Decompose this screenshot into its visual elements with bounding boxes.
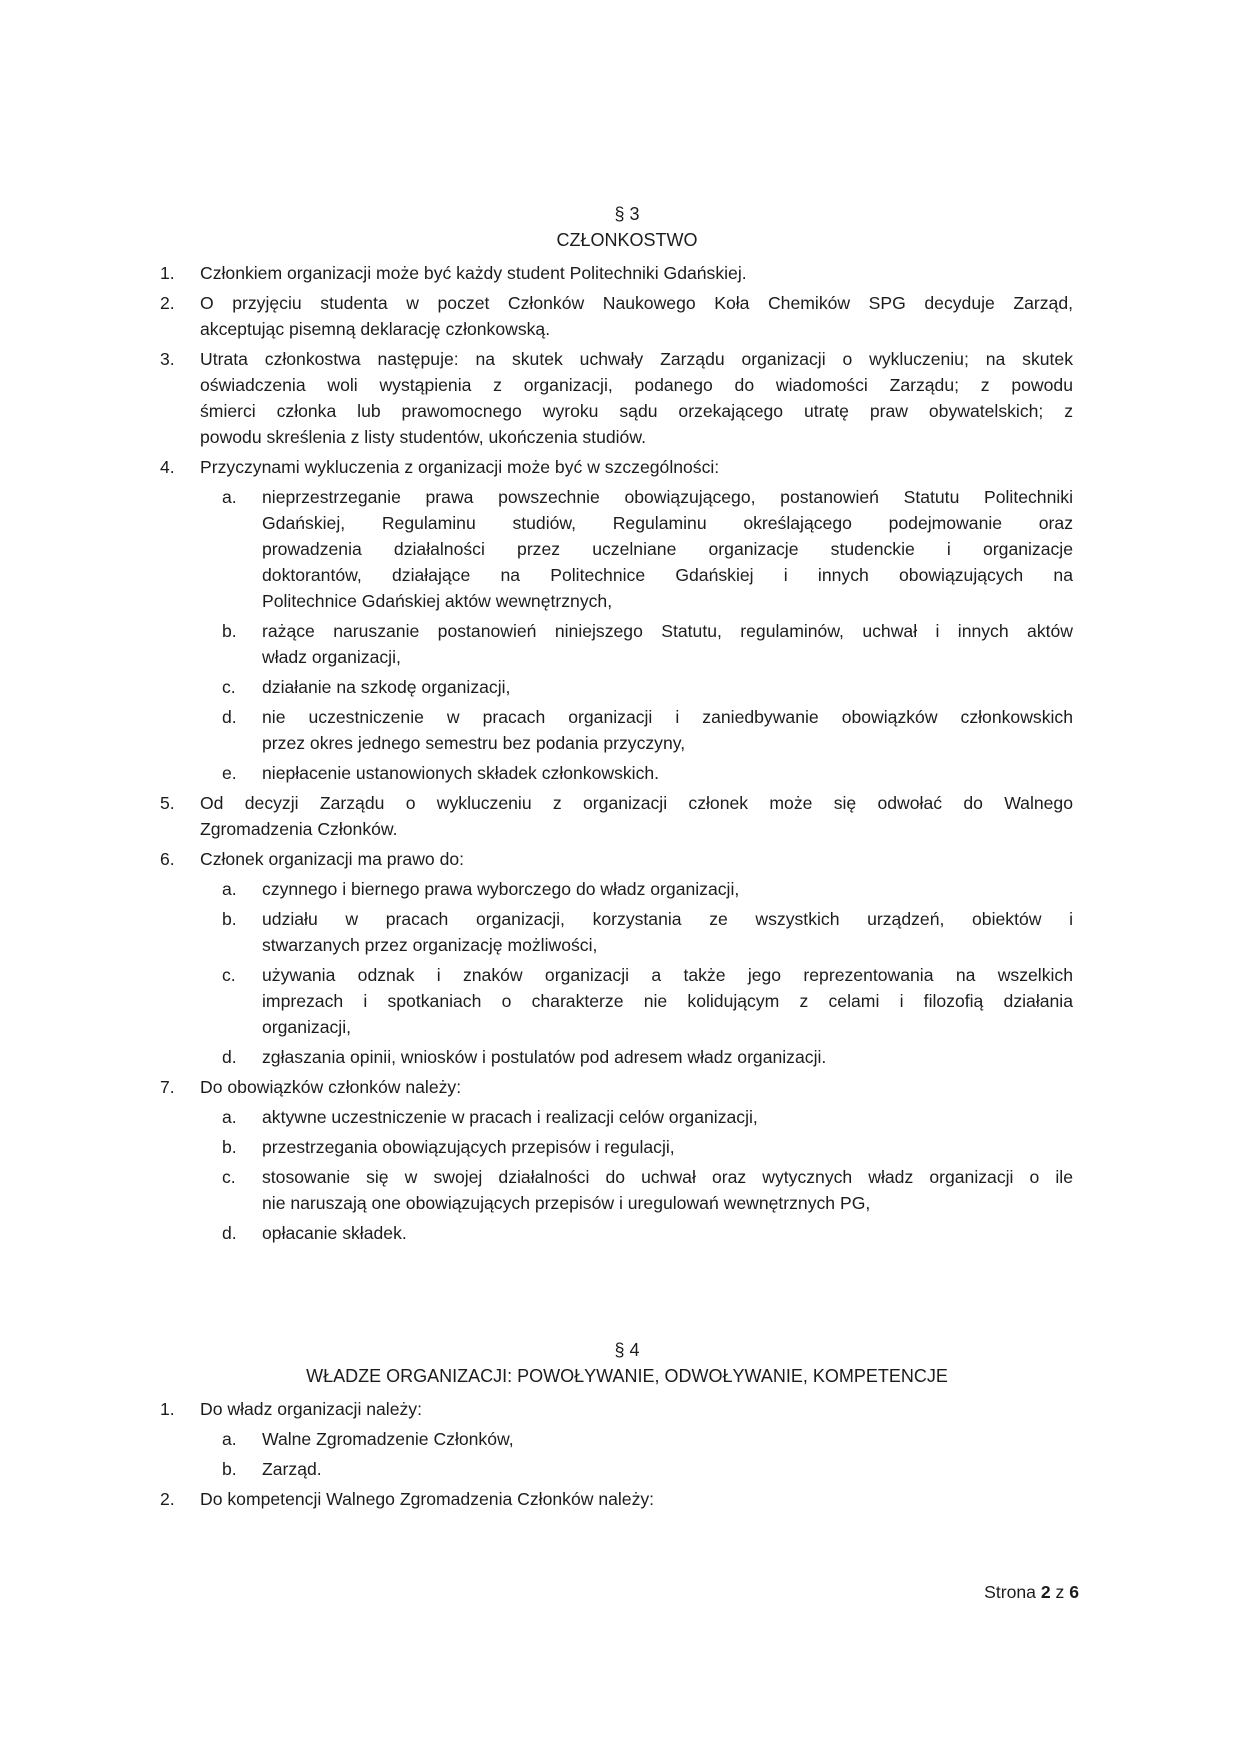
sublist-item-letter: d.: [222, 1044, 237, 1070]
sublist-item-letter: b.: [222, 1134, 237, 1160]
list-item-number: 5.: [160, 790, 175, 816]
list-item-text: Do władz organizacji należy:: [200, 1396, 1073, 1422]
list-item-text: Do obowiązków członków należy:: [200, 1074, 1073, 1100]
total-pages: 6: [1069, 1582, 1079, 1602]
sublist-item-letter: e.: [222, 760, 237, 786]
sublist-item-text: stosowanie się w swojej działalności do …: [262, 1164, 1073, 1190]
list-item-text: Zgromadzenia Członków.: [200, 816, 1073, 842]
current-page: 2: [1041, 1582, 1051, 1602]
sublist-item-text: niepłacenie ustanowionych składek członk…: [262, 760, 1073, 786]
list-item-text: Utrata członkostwa następuje: na skutek …: [200, 346, 1073, 372]
sublist-item-text: nie uczestniczenie w pracach organizacji…: [262, 704, 1073, 730]
list-item-number: 3.: [160, 346, 175, 372]
sublist-item-letter: c.: [222, 1164, 236, 1190]
sublist-item-text: nieprzestrzeganie prawa powszechnie obow…: [262, 484, 1073, 510]
sublist-item-letter: b.: [222, 1456, 237, 1482]
sublist-item-text: opłacanie składek.: [262, 1220, 1073, 1246]
sublist-item-letter: a.: [222, 1104, 237, 1130]
sublist-item-letter: d.: [222, 704, 237, 730]
sublist-item-text: używania odznak i znaków organizacji a t…: [262, 962, 1073, 988]
list-item-text: powodu skreślenia z listy studentów, uko…: [200, 424, 1073, 450]
list-item-text: Do kompetencji Walnego Zgromadzenia Czło…: [200, 1486, 1073, 1512]
sublist-item-letter: a.: [222, 1426, 237, 1452]
document-page: § 3 CZŁONKOSTWO 1.Członkiem organizacji …: [0, 0, 1254, 1739]
sublist-item-text: prowadzenia działalności przez uczelnian…: [262, 536, 1073, 562]
list-item-number: 2.: [160, 1486, 175, 1512]
list-item-text: Przyczynami wykluczenia z organizacji mo…: [200, 454, 1073, 480]
sublist-item-text: doktorantów, działające na Politechnice …: [262, 562, 1073, 588]
section-4-number: § 4: [0, 1340, 1254, 1361]
sublist-item-text: Politechnice Gdańskiej aktów wewnętrznyc…: [262, 588, 1073, 614]
page-footer: Strona 2 z 6: [984, 1582, 1079, 1603]
list-item-number: 7.: [160, 1074, 175, 1100]
sublist-item-letter: c.: [222, 674, 236, 700]
sublist-item-text: działanie na szkodę organizacji,: [262, 674, 1073, 700]
sublist-item-text: Zarząd.: [262, 1456, 1073, 1482]
sublist-item-letter: c.: [222, 962, 236, 988]
list-item-text: Członek organizacji ma prawo do:: [200, 846, 1073, 872]
sublist-item-text: rażące naruszanie postanowień niniejszeg…: [262, 618, 1073, 644]
list-item-number: 1.: [160, 260, 175, 286]
sublist-item-text: przez okres jednego semestru bez podania…: [262, 730, 1073, 756]
sublist-item-letter: a.: [222, 484, 237, 510]
sublist-item-text: czynnego i biernego prawa wyborczego do …: [262, 876, 1073, 902]
list-item-text: akceptując pisemną deklarację członkowsk…: [200, 316, 1073, 342]
section-3-number: § 3: [0, 204, 1254, 225]
list-item-number: 1.: [160, 1396, 175, 1422]
list-item-number: 4.: [160, 454, 175, 480]
section-4-title: WŁADZE ORGANIZACJI: POWOŁYWANIE, ODWOŁYW…: [0, 1366, 1254, 1387]
sublist-item-text: stwarzanych przez organizację możliwości…: [262, 932, 1073, 958]
list-item-number: 2.: [160, 290, 175, 316]
list-item-text: O przyjęciu studenta w poczet Członków N…: [200, 290, 1073, 316]
sublist-item-letter: b.: [222, 618, 237, 644]
sublist-item-letter: d.: [222, 1220, 237, 1246]
list-item-text: Członkiem organizacji może być każdy stu…: [200, 260, 1073, 286]
sublist-item-text: Walne Zgromadzenie Członków,: [262, 1426, 1073, 1452]
sublist-item-text: przestrzegania obowiązujących przepisów …: [262, 1134, 1073, 1160]
sublist-item-text: imprezach i spotkaniach o charakterze ni…: [262, 988, 1073, 1014]
list-item-number: 6.: [160, 846, 175, 872]
sublist-item-text: nie naruszają one obowiązujących przepis…: [262, 1190, 1073, 1216]
sublist-item-text: aktywne uczestniczenie w pracach i reali…: [262, 1104, 1073, 1130]
section-3-title: CZŁONKOSTWO: [0, 230, 1254, 251]
sublist-item-text: udziału w pracach organizacji, korzystan…: [262, 906, 1073, 932]
sublist-item-letter: b.: [222, 906, 237, 932]
list-item-text: Od decyzji Zarządu o wykluczeniu z organ…: [200, 790, 1073, 816]
list-item-text: oświadczenia woli wystąpienia z organiza…: [200, 372, 1073, 398]
list-item-text: śmierci członka lub prawomocnego wyroku …: [200, 398, 1073, 424]
sublist-item-text: organizacji,: [262, 1014, 1073, 1040]
sublist-item-text: zgłaszania opinii, wniosków i postulatów…: [262, 1044, 1073, 1070]
sublist-item-text: władz organizacji,: [262, 644, 1073, 670]
sublist-item-letter: a.: [222, 876, 237, 902]
sublist-item-text: Gdańskiej, Regulaminu studiów, Regulamin…: [262, 510, 1073, 536]
